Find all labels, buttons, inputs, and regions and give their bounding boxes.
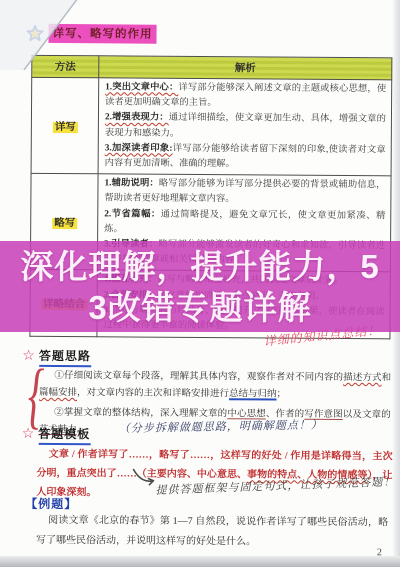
analysis-point: 1.突出文章中心：详写部分能够深入阐述文章的主题或核心思想，使读者更加明确文章的… [105, 80, 386, 112]
method-label: 详写 [53, 122, 78, 133]
section-star-icon: ☆ [22, 428, 35, 442]
section-header-template: ☆ 答题模板 [22, 425, 91, 445]
thinking-item-1: ①仔细阅读文章每个段落，理解其具体内容，观察作者对不同内容的描述方式和篇幅安排，… [39, 368, 391, 404]
column-header-analysis: 解析 [99, 56, 392, 80]
method-label: 略写 [52, 218, 77, 229]
section-title: 答题模板 [38, 425, 90, 445]
promo-overlay-line1: 深化理解，提升能力，5 [20, 246, 379, 287]
example-section-title: 【例题】 [25, 495, 77, 512]
table-header-row: 方法 解析 [32, 55, 392, 80]
page-title: 详写、略写的作用 [48, 24, 156, 44]
section-title: 答题思路 [39, 347, 91, 367]
analysis-point: 2.增强表现力：通过详细描绘，使文章更加生动、具体，增强文章的表现力和感染力。 [105, 111, 386, 143]
promo-overlay-band: 深化理解，提升能力，5 3改错专题详解 [0, 241, 400, 332]
page-title-row: 详写、略写的作用 [26, 24, 156, 44]
page-bottom-edge [0, 556, 400, 567]
document-page: 详写、略写的作用 方法 解析 详写 1.突出文章中心：详写部分能够深入阐述文章的… [0, 0, 400, 567]
analysis-point: 1.辅助说明：略写部分能够为详写部分提供必要的背景或辅助信息，帮助读者更好地理解… [104, 177, 385, 209]
analysis-point: 2.节省篇幅：通过简略提及，避免文章冗长，使文章更加紧凑、精炼。 [104, 207, 385, 239]
analysis-point: 3.加深读者印象:详写部分能够给读者留下深刻的印象,使读者对文章内容有更加清晰、… [105, 141, 386, 173]
column-header-method: 方法 [32, 55, 99, 77]
example-question: 阅读文章《北京的春节》第 1—7 自然段，说说作者详写了哪些民俗活动，略写了哪些… [36, 511, 388, 553]
table-row-xiangxie: 详写 1.突出文章中心：详写部分能够深入阐述文章的主题或核心思想，使读者更加明确… [31, 77, 392, 176]
star-icon [26, 25, 43, 42]
handwritten-arrow-icon [131, 468, 157, 488]
promo-overlay-line2: 3改错专题详解 [88, 287, 311, 328]
